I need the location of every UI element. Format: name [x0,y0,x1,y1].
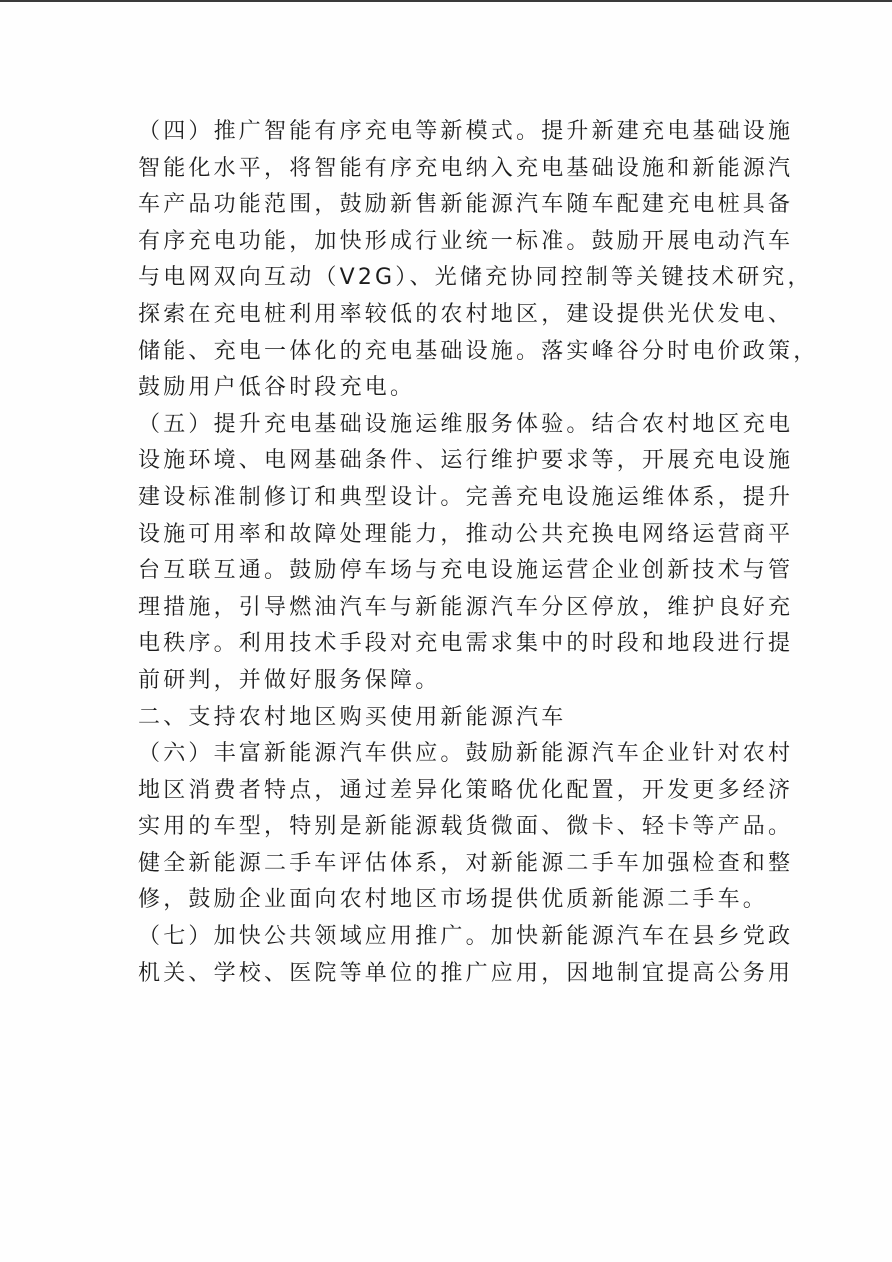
paragraph-6-line-2: 地区消费者特点，通过差异化策略优化配置，开发更多经济 [138,773,758,810]
paragraph-6-line-4: 健全新能源二手车评估体系，对新能源二手车加强检查和整 [138,846,758,883]
paragraph-5-line-8: 前研判，并做好服务保障。 [138,663,762,700]
paragraph-7-line-1: （七）加快公共领域应用推广。加快新能源汽车在县乡党政 [138,919,758,956]
paragraph-5-line-6: 理措施，引导燃油汽车与新能源汽车分区停放，维护良好充 [138,590,758,627]
paragraph-7-line-2: 机关、学校、医院等单位的推广应用，因地制宜提高公务用 [138,956,758,993]
paragraph-6-line-5: 修，鼓励企业面向农村地区市场提供优质新能源二手车。 [138,882,762,919]
paragraph-4-line-6: 探索在充电桩利用率较低的农村地区，建设提供光伏发电、 [138,297,758,334]
paragraph-4-line-8: 鼓励用户低谷时段充电。 [138,370,762,407]
paragraph-6-line-3: 实用的车型，特别是新能源载货微面、微卡、轻卡等产品。 [138,809,758,846]
paragraph-4-line-2: 智能化水平，将智能有序充电纳入充电基础设施和新能源汽 [138,151,758,188]
paragraph-5-line-5: 台互联互通。鼓励停车场与充电设施运营企业创新技术与管 [138,553,758,590]
section-heading-2: 二、支持农村地区购买使用新能源汽车 [138,700,762,737]
paragraph-5-line-4: 设施可用率和故障处理能力，推动公共充换电网络运营商平 [138,517,758,554]
paragraph-4-line-4: 有序充电功能，加快形成行业统一标准。鼓励开展电动汽车 [138,224,758,261]
paragraph-4-line-1: （四）推广智能有序充电等新模式。提升新建充电基础设施 [138,114,758,151]
paragraph-4-line-5: 与电网双向互动（V2G）、光储充协同控制等关键技术研究， [138,260,758,297]
paragraph-5-line-7: 电秩序。利用技术手段对充电需求集中的时段和地段进行提 [138,626,758,663]
document-body: （四）推广智能有序充电等新模式。提升新建充电基础设施 智能化水平，将智能有序充电… [138,114,762,992]
scan-top-edge-rule [0,0,892,2]
paragraph-6-line-1: （六）丰富新能源汽车供应。鼓励新能源汽车企业针对农村 [138,736,758,773]
paragraph-5-line-3: 建设标准制修订和典型设计。完善充电设施运维体系，提升 [138,480,758,517]
paragraph-4-line-7: 储能、充电一体化的充电基础设施。落实峰谷分时电价政策， [138,334,758,371]
paragraph-5-line-1: （五）提升充电基础设施运维服务体验。结合农村地区充电 [138,407,758,444]
paragraph-5-line-2: 设施环境、电网基础条件、运行维护要求等，开展充电设施 [138,443,758,480]
paragraph-4-line-3: 车产品功能范围，鼓励新售新能源汽车随车配建充电桩具备 [138,187,758,224]
